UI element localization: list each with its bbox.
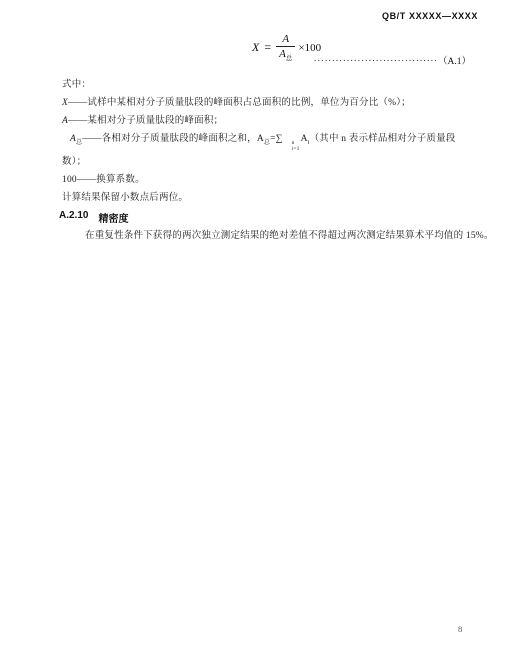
sum-limits: ni=1	[284, 140, 300, 153]
definition-a: A——某相对分子质量肽段的峰面积；	[62, 112, 463, 130]
denominator-base: A	[279, 48, 286, 60]
fraction-numerator: A	[277, 33, 294, 46]
standard-code-header: QB/T XXXXX—XXXX	[382, 11, 478, 21]
definition-100: 100——换算系数。	[62, 171, 463, 189]
equals-sign: =	[264, 40, 271, 55]
dash: ——	[77, 175, 96, 185]
calculation-note: 计算结果保留小数点后两位。	[62, 189, 463, 207]
inline-base: A	[257, 134, 264, 144]
definition-x: X——试样中某相对分子质量肽段的峰面积占总面积的比例，单位为百分比（%）；	[62, 94, 463, 112]
display-formula: X = A A总 ×100	[252, 33, 321, 62]
dash: ——	[68, 98, 87, 108]
page-number: 8	[458, 624, 462, 634]
definition-a-total: A总——各相对分子质量肽段的峰面积之和，A总=∑ni=1Ai（其中 n 表示样品…	[62, 130, 463, 171]
formula-number-label: （A.1）	[438, 53, 471, 67]
section-number: A.2.10	[59, 210, 88, 225]
where-intro: 式中：	[62, 76, 463, 94]
symbol-100: 100	[62, 175, 77, 185]
formula-lhs: X	[252, 40, 259, 55]
definition-100-text: 换算系数。	[96, 175, 145, 185]
section-title: 精密度	[98, 210, 128, 225]
denominator-subscript: 总	[286, 55, 293, 62]
dash: ——	[68, 116, 87, 126]
section-heading: A.2.10 精密度	[59, 210, 128, 225]
sum-term: A	[301, 134, 308, 144]
fraction-denominator: A总	[276, 46, 295, 62]
inline-sum-formula: A总=∑ni=1Ai	[257, 134, 310, 144]
times-100: ×100	[298, 42, 321, 54]
document-page: QB/T XXXXX—XXXX X = A A总 ×100 ..........…	[0, 0, 523, 648]
definition-a-text: 某相对分子质量肽段的峰面积；	[87, 116, 223, 126]
sigma-symbol: ∑	[276, 134, 283, 144]
definition-x-text: 试样中某相对分子质量肽段的峰面积占总面积的比例，单位为百分比（%）；	[87, 98, 410, 108]
precision-clause-text: 在重复性条件下获得的两次独立测定结果的绝对差值不得超过两次测定结果算术平均值的 …	[85, 227, 494, 241]
fraction: A A总	[276, 33, 295, 62]
definition-a-total-text-before: 各相对分子质量肽段的峰面积之和，	[102, 134, 257, 144]
dash: ——	[82, 134, 101, 144]
dotted-leader: ........................................	[314, 53, 437, 63]
symbol-definitions-block: 式中： X——试样中某相对分子质量肽段的峰面积占总面积的比例，单位为百分比（%）…	[62, 76, 463, 207]
sum-lower-limit: i=1	[284, 146, 300, 152]
